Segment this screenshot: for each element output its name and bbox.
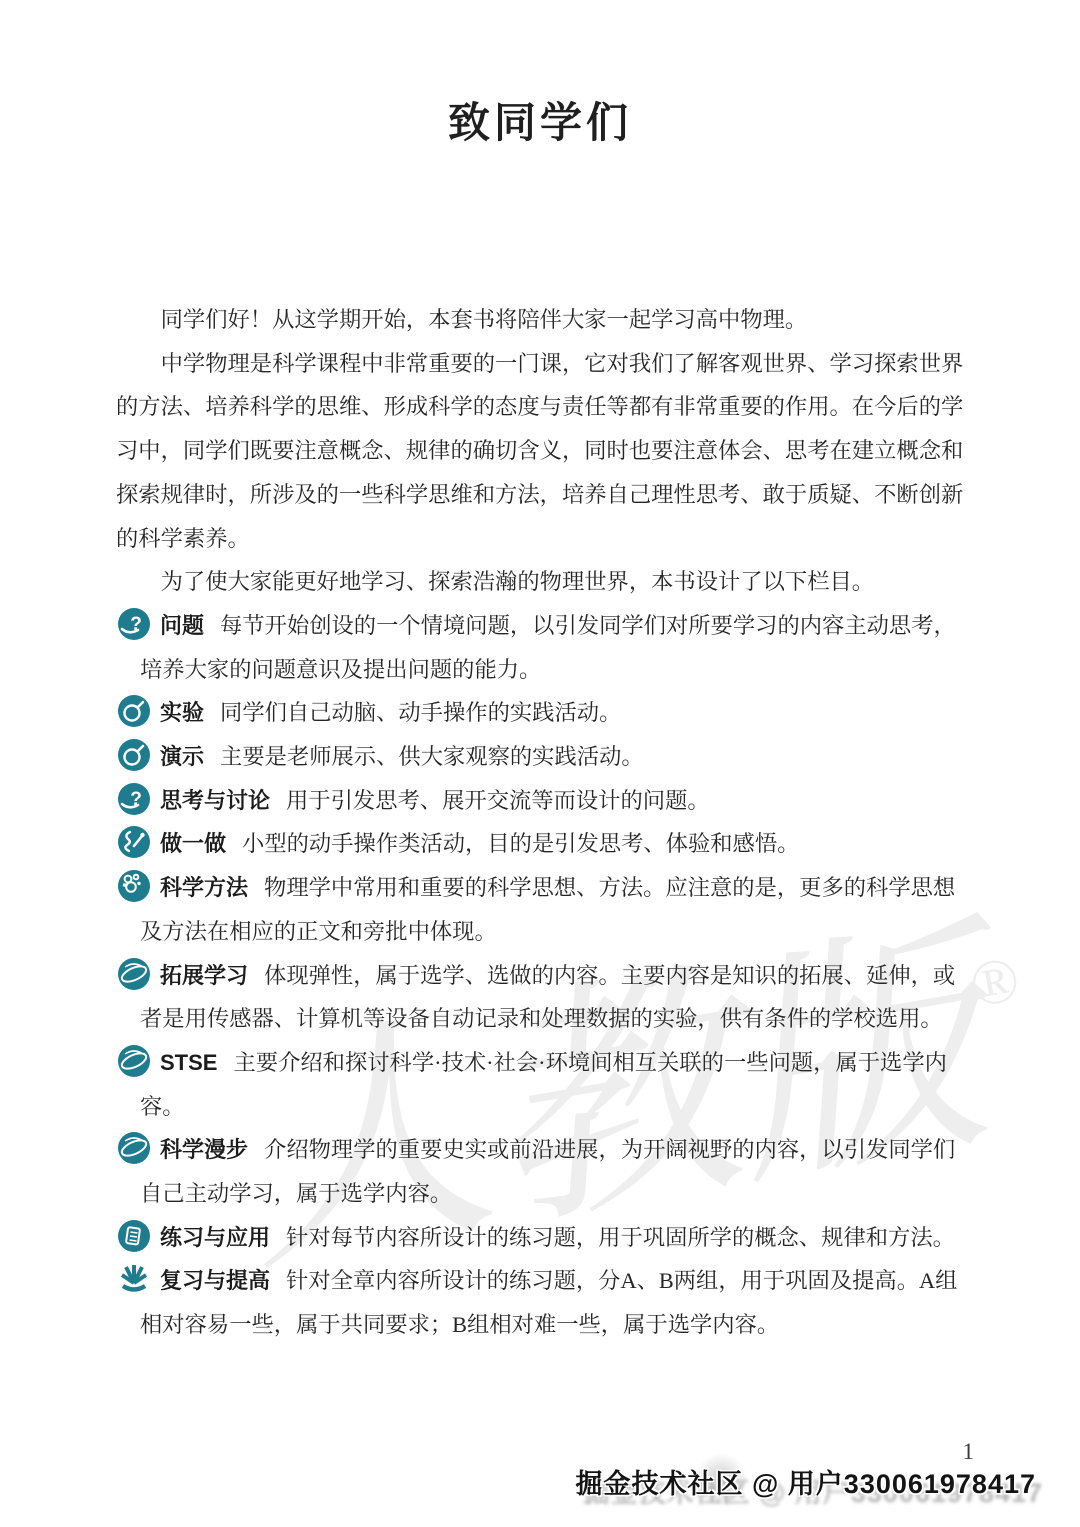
column-description: 小型的动手操作类活动，目的是引发思考、体验和感悟。	[242, 831, 799, 856]
question-icon: ?	[117, 607, 151, 641]
column-item: 做一做小型的动手操作类活动，目的是引发思考、体验和感悟。	[116, 822, 966, 866]
stse-icon	[117, 1044, 151, 1078]
column-label: 演示	[160, 744, 204, 769]
page-title: 致同学们	[0, 90, 1080, 150]
column-item: 科学方法物理学中常用和重要的科学思想、方法。应注意的是，更多的科学思想及方法在相…	[116, 866, 966, 953]
column-label: 科学方法	[160, 875, 248, 900]
column-item: 科学漫步介绍物理学的重要史实或前沿进展，为开阔视野的内容，以引发同学们自己主动学…	[116, 1128, 966, 1215]
column-description: 体现弹性，属于选学、选做的内容。主要内容是知识的拓展、延伸，或者是用传感器、计算…	[140, 963, 955, 1032]
science-stroll-icon	[117, 1131, 151, 1165]
review-improve-icon	[117, 1262, 151, 1296]
column-item: 实验同学们自己动脑、动手操作的实践活动。	[116, 691, 966, 735]
column-item: 演示主要是老师展示、供大家观察的实践活动。	[116, 735, 966, 779]
page-content: 同学们好！从这学期开始，本套书将陪伴大家一起学习高中物理。 中学物理是科学课程中…	[116, 298, 966, 1347]
column-description: 针对每节内容所设计的练习题，用于巩固所学的概念、规律和方法。	[286, 1225, 955, 1250]
body-paragraph: 中学物理是科学课程中非常重要的一门课，它对我们了解客观世界、学习探索世界的方法、…	[116, 342, 966, 561]
body-paragraph: 同学们好！从这学期开始，本套书将陪伴大家一起学习高中物理。	[116, 298, 966, 342]
column-item: ?思考与讨论用于引发思考、展开交流等而设计的问题。	[116, 779, 966, 823]
columns-list: ?问题每节开始创设的一个情境问题，以引发同学们对所要学习的内容主动思考，培养大家…	[116, 604, 966, 1347]
body-paragraph: 为了使大家能更好地学习、探索浩瀚的物理世界，本书设计了以下栏目。	[116, 560, 966, 604]
bottom-watermark: 掘金技术社区 @ 用户330061978417	[575, 1462, 1036, 1501]
column-label: 复习与提高	[160, 1268, 270, 1293]
column-label: 做一做	[160, 831, 226, 856]
column-item: 练习与应用针对每节内容所设计的练习题，用于巩固所学的概念、规律和方法。	[116, 1216, 966, 1260]
column-item: 复习与提高针对全章内容所设计的练习题，分A、B两组，用于巩固及提高。A组相对容易…	[116, 1259, 966, 1346]
column-description: 介绍物理学的重要史实或前沿进展，为开阔视野的内容，以引发同学们自己主动学习，属于…	[140, 1137, 955, 1206]
column-label: 思考与讨论	[160, 788, 270, 813]
think-discuss-icon: ?	[117, 782, 151, 816]
column-label: 实验	[160, 700, 204, 725]
registered-mark-icon: ®	[964, 943, 1024, 1021]
column-description: 物理学中常用和重要的科学思想、方法。应注意的是，更多的科学思想及方法在相应的正文…	[140, 875, 955, 944]
science-method-icon	[117, 869, 151, 903]
demonstration-icon	[117, 738, 151, 772]
column-description: 同学们自己动脑、动手操作的实践活动。	[220, 700, 621, 725]
extended-learning-icon	[117, 957, 151, 991]
column-label: 问题	[160, 613, 204, 638]
column-item: ?问题每节开始创设的一个情境问题，以引发同学们对所要学习的内容主动思考，培养大家…	[116, 604, 966, 691]
hands-on-icon	[117, 825, 151, 859]
column-label: 练习与应用	[160, 1225, 270, 1250]
column-item: 拓展学习体现弹性，属于选学、选做的内容。主要内容是知识的拓展、延伸，或者是用传感…	[116, 954, 966, 1041]
column-label: 科学漫步	[160, 1137, 248, 1162]
column-label: 拓展学习	[160, 963, 248, 988]
column-description: 主要介绍和探讨科学·技术·社会·环境间相互关联的一些问题，属于选学内容。	[140, 1050, 947, 1119]
column-item: STSE主要介绍和探讨科学·技术·社会·环境间相互关联的一些问题，属于选学内容。	[116, 1041, 966, 1128]
column-description: 主要是老师展示、供大家观察的实践活动。	[220, 744, 644, 769]
textbook-page: 致同学们 人教版® 同学们好！从这学期开始，本套书将陪伴大家一起学习高中物理。 …	[0, 0, 1080, 1527]
column-description: 每节开始创设的一个情境问题，以引发同学们对所要学习的内容主动思考，培养大家的问题…	[140, 613, 956, 682]
experiment-icon	[117, 694, 151, 728]
column-label: STSE	[160, 1050, 217, 1075]
practice-application-icon	[117, 1219, 151, 1253]
column-description: 用于引发思考、展开交流等而设计的问题。	[286, 788, 710, 813]
